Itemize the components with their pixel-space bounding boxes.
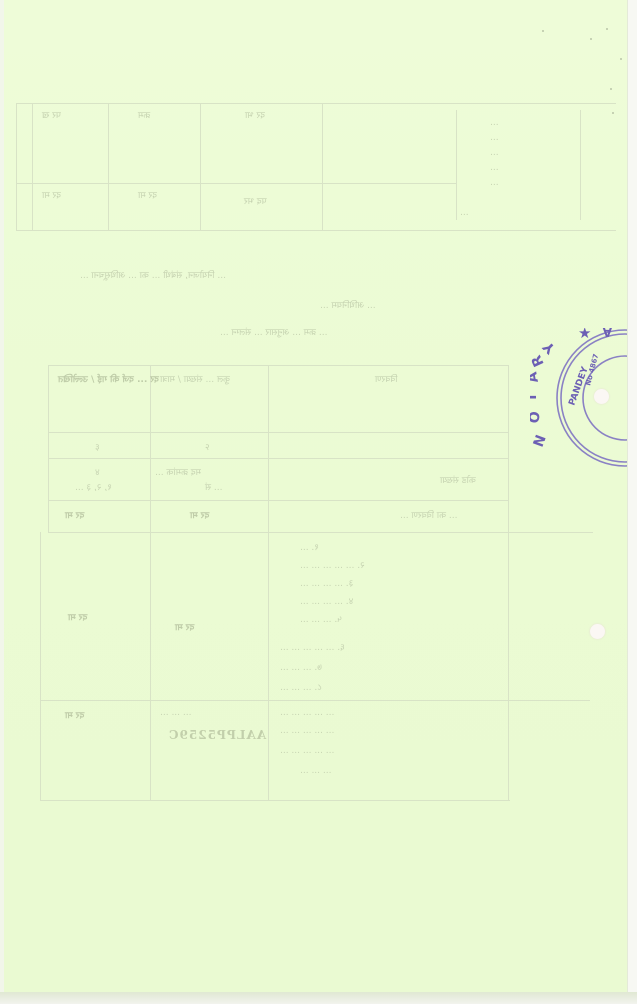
row3-desc-line: २. ... ... ... ... ... [300,558,365,571]
row2-desc: ... का विवरण ... [400,508,458,521]
row1-rate: १, २, ३ ... [75,480,112,493]
row3-desc-line: ४. ... ... ... ... [300,594,353,607]
top-table-col-line [580,110,581,220]
top-right-line: ... [490,148,499,158]
top-footer-line: ... [460,208,469,218]
header-description: विवरण [375,372,398,385]
punch-hole [594,389,609,404]
index-cell: २ [205,440,210,453]
top-table-border-left [16,103,17,231]
top-right-line: ... [490,163,499,173]
main-table-row-line [48,500,508,501]
row3-qty: दर मा [175,620,194,633]
top-table-col-line [456,110,457,220]
row2-rate: दर मा [65,508,84,521]
stamp-letter: N [531,433,550,449]
row4-qty: ... ... ... [160,708,191,718]
row2-qty: दर मा [190,508,209,521]
main-table-border-top [48,365,508,366]
top-cell: पर ख [42,108,61,121]
row3-desc-line: ३. ... ... ... ... [300,576,353,589]
top-table-row-divider [16,183,456,184]
speck [542,30,544,32]
row3-desc-line: ६. ... ... ... ... ... [280,640,345,653]
paragraph-line: ... अधिनियम ... [320,298,376,311]
row3-rate: दर मा [68,610,87,623]
row3-desc-line: ५. ... ... ... [300,612,342,625]
top-right-line: ... [490,133,499,143]
main-table-col-line [268,365,269,800]
row4-rate: दर मा [65,708,84,721]
row1-desc: कोड संख्या [440,473,476,486]
header-quantity: कुल ... संख्या / मात्रा [160,372,230,385]
top-table-col-line [108,103,109,231]
row4-desc-line: ... ... ... ... ... [280,708,334,718]
speck [620,58,622,60]
page-edge-right [627,0,637,1004]
top-table-col-line [322,103,323,231]
row4-desc-line: ... ... ... ... ... [280,726,334,736]
top-table-border-top [16,103,616,104]
row3-desc-line: ८. ... ... ... [280,680,322,693]
top-table-col-line [200,103,201,231]
row3-desc-line: १. ... [300,540,319,553]
row4-desc-line: ... ... ... ... ... [280,746,334,756]
punch-hole [590,624,605,639]
svg-text:A: A [530,370,542,384]
svg-text:A: A [602,328,612,339]
main-table-row-line [48,432,508,433]
main-table-row-line [48,532,593,533]
top-right-line: ... [490,178,499,188]
top-cell: पद भर [244,194,267,207]
paragraph-line: ... नियोजन, संबंधी ... का ... अधिसूचना .… [80,268,226,281]
stamp-star: ★ [578,328,591,342]
notary-stamp: N O T A R Y ★ A PANDEY No 4867 [530,328,637,468]
main-table-col-line [150,365,151,800]
row1-qty: मद क्रमांक ... [155,465,201,478]
main-table-row-line [48,458,508,459]
header-rate: दर ... दर्ज की गई / उल्लेखित [58,372,159,385]
speck [590,38,592,40]
top-table-border-bottom [16,230,616,231]
page-edge-left [0,0,4,992]
speck [610,88,612,90]
top-cell: दर भा [245,108,265,121]
speck [612,112,614,114]
top-cell: दर मा [42,188,61,201]
main-table-border-bottom [40,800,510,801]
svg-text:O: O [530,410,544,425]
index-cell: ३ [95,440,100,453]
page-edge-bottom [0,992,637,1004]
top-right-line: ... [490,118,499,128]
svg-text:T: T [530,392,540,402]
paragraph-line: ... क्रम ... अनुसार ... संलग्न ... [220,325,327,338]
row4-pan-number: AALPP5259C [168,728,266,742]
row3-desc-line: ७. ... ... ... [280,660,322,673]
row1-rate: ४ [95,465,100,478]
top-cell: दर मा [138,188,157,201]
top-cell: क्रम [138,108,150,121]
main-table-col-line [508,365,509,800]
row4-desc-line: ... ... ... [300,766,331,776]
speck [606,28,608,30]
main-table-col-line [40,532,41,800]
main-table-col-line [48,365,49,533]
scanned-page: पर ख क्रम दर भा दर मा दर मा पद भर ... ..… [0,0,627,992]
row1-qty: ... सं [205,480,223,493]
top-table-col-line [32,103,33,231]
